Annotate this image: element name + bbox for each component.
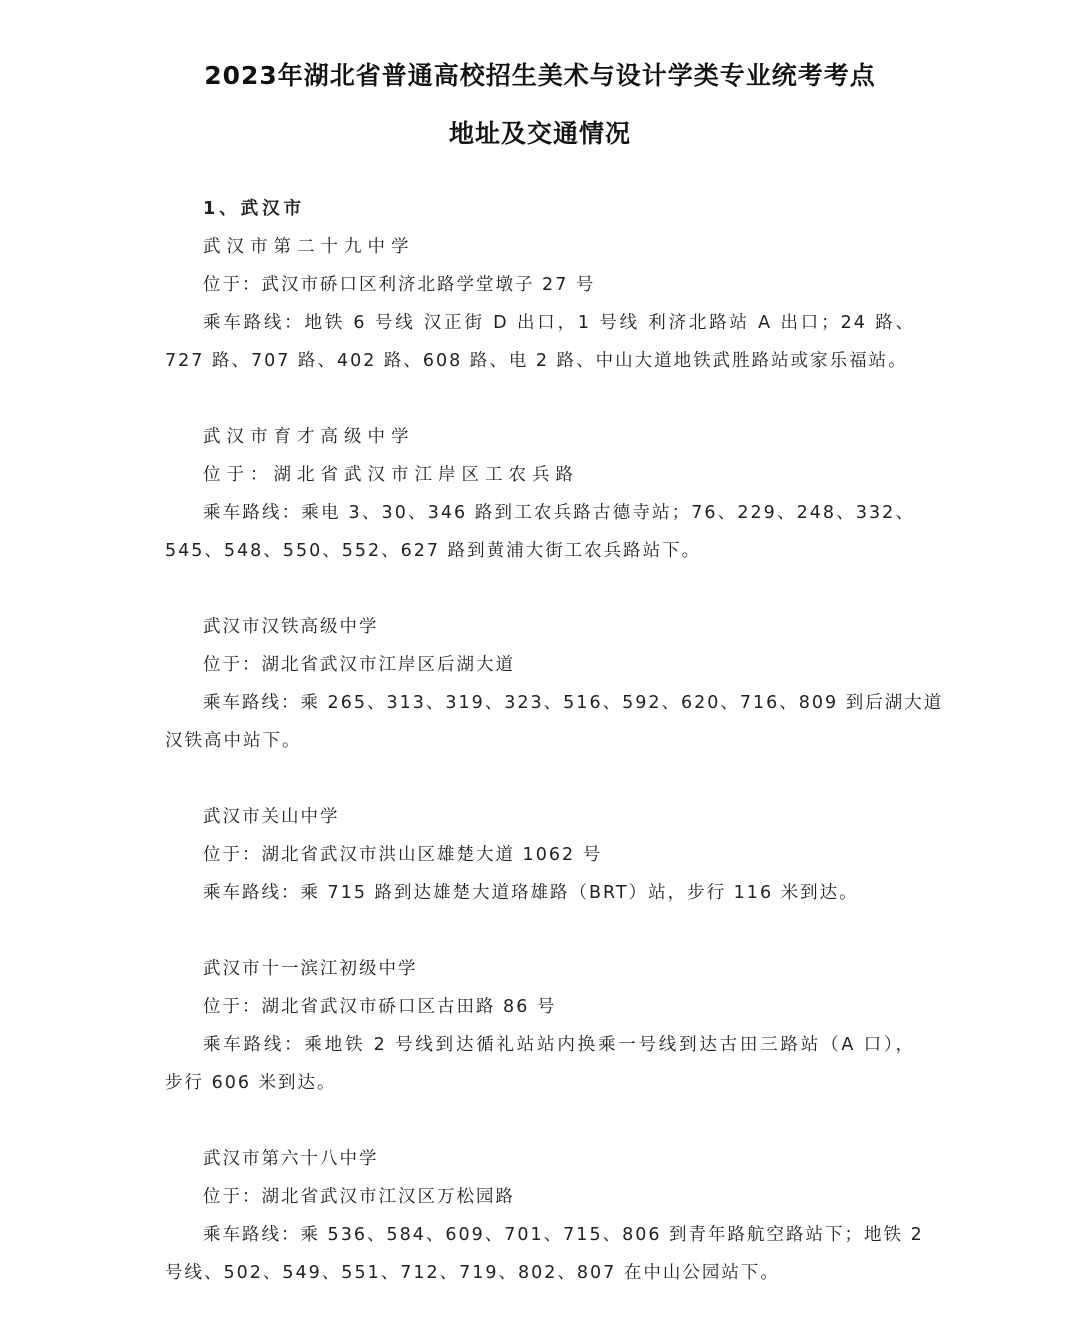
school-route-continued: 步行 606 米到达。 — [165, 1069, 337, 1094]
school-address: 位于：湖北省武汉市硚口区古田路 86 号 — [203, 993, 556, 1018]
document-title-line2: 地址及交通情况 — [0, 114, 1080, 150]
school-address: 位于：湖北省武汉市江岸区工农兵路 — [203, 461, 579, 486]
school-route-continued: 汉铁高中站下。 — [165, 727, 302, 752]
school-address: 位于：湖北省武汉市江汉区万松园路 — [203, 1183, 515, 1208]
school-name: 武汉市关山中学 — [203, 803, 340, 828]
school-name: 武汉市育才高级中学 — [203, 423, 415, 448]
school-route: 乘车路线：乘电 3、30、346 路到工农兵路古德寺站；76、229、248、3… — [203, 499, 915, 524]
school-route: 乘车路线：乘 536、584、609、701、715、806 到青年路航空路站下… — [203, 1221, 915, 1246]
school-route-continued: 727 路、707 路、402 路、608 路、电 2 路、中山大道地铁武胜路站… — [165, 347, 908, 372]
school-name: 武汉市第二十九中学 — [203, 233, 415, 258]
school-route: 乘车路线：乘 715 路到达雄楚大道珞雄路（BRT）站，步行 116 米到达。 — [203, 879, 859, 904]
document-title-line1: 2023年湖北省普通高校招生美术与设计学类专业统考考点 — [0, 56, 1080, 92]
section-heading-wuhan: 1、武汉市 — [203, 195, 305, 220]
school-address: 位于：湖北省武汉市洪山区雄楚大道 1062 号 — [203, 841, 602, 866]
school-route: 乘车路线：乘地铁 2 号线到达循礼站站内换乘一号线到达古田三路站（A 口）， — [203, 1031, 915, 1056]
school-name: 武汉市第六十八中学 — [203, 1145, 379, 1170]
school-name: 武汉市汉铁高级中学 — [203, 613, 379, 638]
school-name: 武汉市十一滨江初级中学 — [203, 955, 418, 980]
school-route: 乘车路线：地铁 6 号线 汉正街 D 出口，1 号线 利济北路站 A 出口；24… — [203, 309, 915, 334]
school-route: 乘车路线：乘 265、313、319、323、516、592、620、716、8… — [203, 689, 915, 714]
school-route-continued: 545、548、550、552、627 路到黄浦大街工农兵路站下。 — [165, 537, 701, 562]
document-page: 2023年湖北省普通高校招生美术与设计学类专业统考考点 地址及交通情况 1、武汉… — [0, 0, 1080, 1344]
school-route-continued: 号线、502、549、551、712、719、802、807 在中山公园站下。 — [165, 1259, 780, 1284]
school-address: 位于：武汉市硚口区利济北路学堂墩子 27 号 — [203, 271, 595, 296]
school-address: 位于：湖北省武汉市江岸区后湖大道 — [203, 651, 515, 676]
